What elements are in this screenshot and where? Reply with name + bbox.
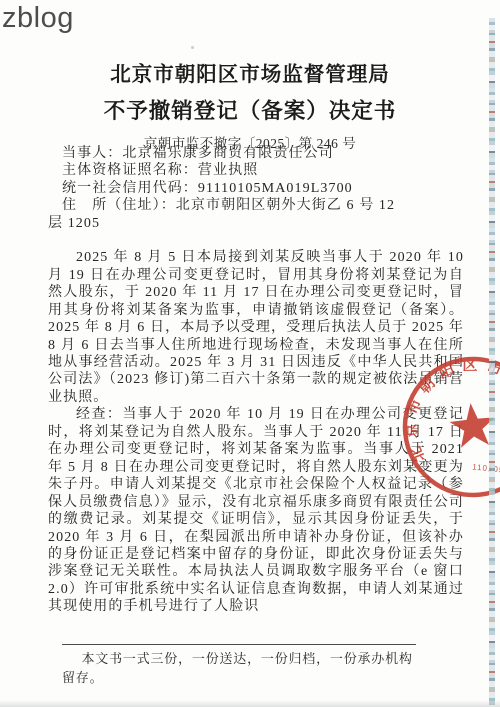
zblog-watermark-logo: zblog — [2, 2, 74, 35]
scan-bottom-shadow — [0, 700, 500, 707]
scan-speck — [191, 46, 194, 49]
footer-note: 本文书一式三份，一份送达，一份归档，一份承办机构留存。 — [62, 648, 416, 686]
document-header: 北京市朝阳区市场监督管理局 不予撤销登记（备案）决定书 京朝市监不撤字〔2025… — [0, 57, 500, 152]
party-name-line: 当事人：北京福乐康多商贸有限责任公司 — [48, 145, 400, 162]
official-seal: 北京市朝阳区市场监督管理局 1101052 — [391, 345, 500, 510]
document-type-title: 不予撤销登记（备案）决定书 — [0, 94, 500, 125]
footer-block: 本文书一式三份，一份送达，一份归档，一份承办机构留存。 — [62, 644, 416, 686]
scan-edge-artifact — [489, 18, 495, 705]
credit-code-line: 统一社会信用代码：91110105MA019L3700 — [48, 180, 400, 197]
address-line: 住 所（住址）：北京市朝阳区朝外大街乙 6 号 12 层 1205 — [48, 197, 400, 232]
scanned-document-page: zblog 北京市朝阳区市场监督管理局 不予撤销登记（备案）决定书 京朝市监不撤… — [0, 0, 500, 707]
issuing-authority-title: 北京市朝阳区市场监督管理局 — [0, 57, 500, 87]
party-info-block: 当事人：北京福乐康多商贸有限责任公司 主体资格证照名称：营业执照 统一社会信用代… — [48, 145, 400, 232]
license-name-line: 主体资格证照名称：营业执照 — [48, 162, 400, 179]
seal-code: 1101052 — [472, 462, 500, 475]
